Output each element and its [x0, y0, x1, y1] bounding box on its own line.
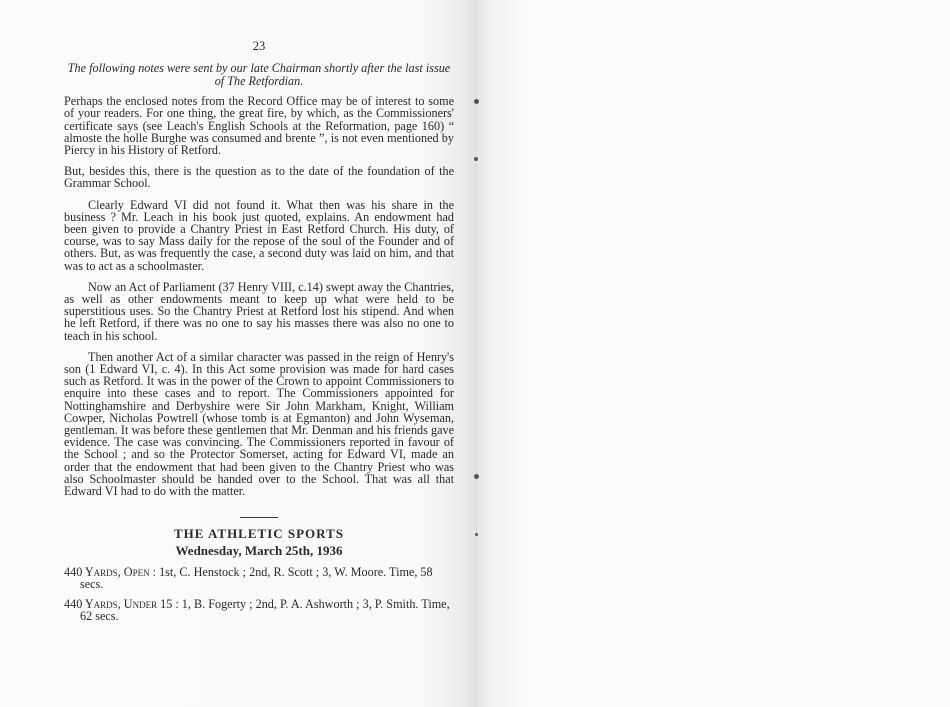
left-page: 23 The following notes were sent by our …	[0, 0, 475, 707]
book-spread: 23 The following notes were sent by our …	[0, 0, 950, 707]
staple-mark	[474, 99, 479, 104]
binding-gutter	[476, 0, 477, 707]
paragraph: Perhaps the enclosed notes from the Reco…	[64, 95, 454, 156]
staple-mark	[475, 533, 478, 536]
result-entry: 440 Yards, Open : 1st, C. Henstock ; 2nd…	[64, 566, 454, 590]
staple-mark	[474, 157, 478, 161]
section-divider	[240, 517, 278, 518]
paragraph: But, besides this, there is the question…	[64, 165, 454, 189]
paragraph: Then another Act of a similar character …	[64, 351, 454, 497]
staple-mark	[474, 474, 479, 479]
section-date: Wednesday, March 25th, 1936	[64, 545, 454, 557]
left-page-content: 23 The following notes were sent by our …	[64, 40, 454, 629]
event-name: 440 Yards, Open :	[64, 565, 156, 579]
intro-note: The following notes were sent by our lat…	[64, 62, 454, 87]
right-page: 24 440 Yards, Under 13 : 1, R. Staniland…	[475, 0, 950, 707]
paragraph: Now an Act of Parliament (37 Henry VIII,…	[64, 281, 454, 342]
result-entry: 440 Yards, Under 15 : 1, B. Fogerty ; 2n…	[64, 598, 454, 622]
paragraph: Clearly Edward VI did not found it. What…	[64, 199, 454, 272]
section-title: THE ATHLETIC SPORTS	[64, 528, 454, 540]
page-number: 23	[64, 40, 454, 52]
